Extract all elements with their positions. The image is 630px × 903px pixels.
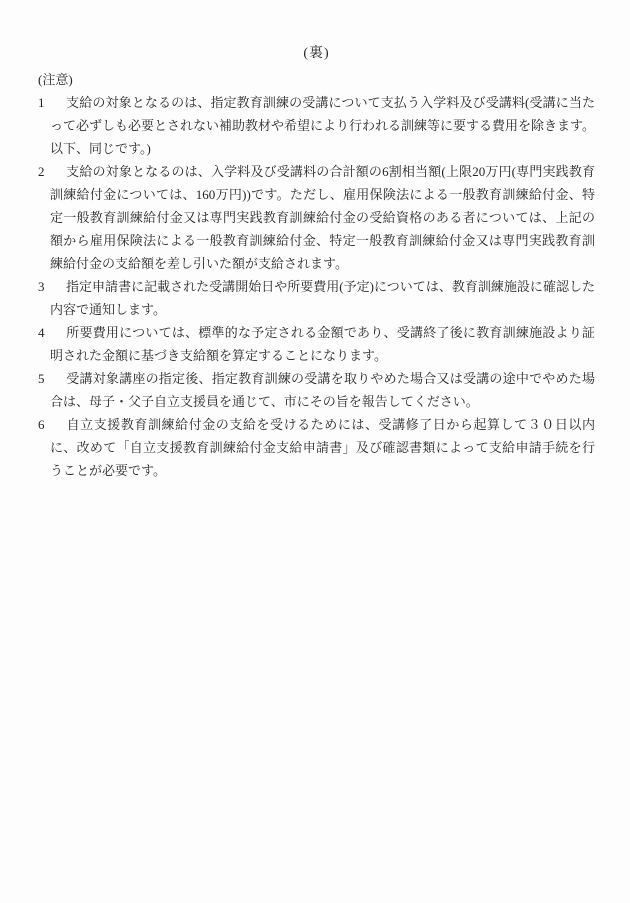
note-item-number: 5 <box>38 367 66 390</box>
note-item-text: 支給の対象となるのは、指定教育訓練の受講について支払う入学料及び受講料(受講に当… <box>50 95 595 156</box>
note-item: 6自立支援教育訓練給付金の支給を受けるためには、受講修了日から起算して３０日以内… <box>38 413 595 482</box>
document-page: (裏) (注意) 1支給の対象となるのは、指定教育訓練の受講について支払う入学料… <box>0 0 630 903</box>
note-item-number: 1 <box>38 91 66 114</box>
note-item-number: 4 <box>38 321 66 344</box>
page-title: (裏) <box>38 42 595 65</box>
note-item-text: 指定申請書に記載された受講開始日や所要費用(予定)については、教育訓練施設に確認… <box>50 279 595 317</box>
note-item-number: 2 <box>38 160 66 183</box>
note-item-number: 6 <box>38 413 66 436</box>
note-item: 3指定申請書に記載された受講開始日や所要費用(予定)については、教育訓練施設に確… <box>38 275 595 321</box>
note-item: 2支給の対象となるのは、入学料及び受講料の合計額の6割相当額(上限20万円(専門… <box>38 160 595 275</box>
note-item-text: 所要費用については、標準的な予定される金額であり、受講終了後に教育訓練施設より証… <box>50 325 595 363</box>
note-item: 1支給の対象となるのは、指定教育訓練の受講について支払う入学料及び受講料(受講に… <box>38 91 595 160</box>
note-item: 4所要費用については、標準的な予定される金額であり、受講終了後に教育訓練施設より… <box>38 321 595 367</box>
note-item-text: 受講対象講座の指定後、指定教育訓練の受講を取りやめた場合又は受講の途中でやめた場… <box>50 371 595 409</box>
notes-label: (注意) <box>38 68 595 91</box>
note-item: 5受講対象講座の指定後、指定教育訓練の受講を取りやめた場合又は受講の途中でやめた… <box>38 367 595 413</box>
note-item-text: 自立支援教育訓練給付金の支給を受けるためには、受講修了日から起算して３０日以内に… <box>50 417 595 478</box>
note-item-text: 支給の対象となるのは、入学料及び受講料の合計額の6割相当額(上限20万円(専門実… <box>50 164 595 271</box>
notes-list: 1支給の対象となるのは、指定教育訓練の受講について支払う入学料及び受講料(受講に… <box>38 91 595 482</box>
note-item-number: 3 <box>38 275 66 298</box>
